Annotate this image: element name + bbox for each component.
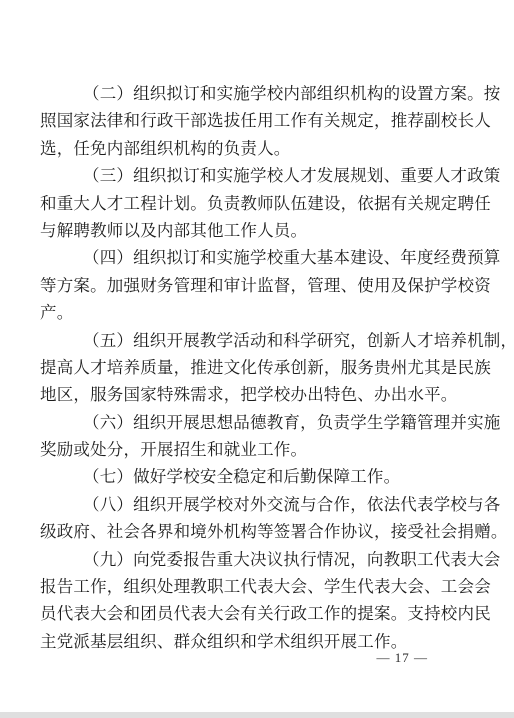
text-line: （七）做好学校安全稳定和后勤保障工作。	[40, 463, 476, 490]
text-line: 地区，服务国家特殊需求，把学校办出特色、办出水平。	[40, 381, 476, 408]
scan-edge-strip	[0, 712, 514, 718]
text-line: （五）组织开展教学活动和科学研究，创新人才培养机制，	[40, 327, 476, 354]
text-line: （八）组织开展学校对外交流与合作，依法代表学校与各	[40, 491, 476, 518]
text-line: 等方案。加强财务管理和审计监督，管理、使用及保护学校资	[40, 272, 476, 299]
text-line: 奖励或处分，开展招生和就业工作。	[40, 436, 476, 463]
text-line: 级政府、社会各界和境外机构等签署合作协议，接受社会捐赠。	[40, 518, 476, 545]
text-line: 报告工作，组织处理教职工代表大会、学生代表大会、工会会	[40, 573, 476, 600]
text-line: 提高人才培养质量，推进文化传承创新，服务贵州尤其是民族	[40, 354, 476, 381]
document-body: （二）组织拟订和实施学校内部组织机构的设置方案。按照国家法律和行政干部选拔任用工…	[40, 80, 476, 655]
page-number: — 17 —	[377, 650, 429, 666]
text-line: 员代表大会和团员代表大会有关行政工作的提案。支持校内民	[40, 600, 476, 627]
document-page: （二）组织拟订和实施学校内部组织机构的设置方案。按照国家法律和行政干部选拔任用工…	[0, 0, 514, 718]
text-line: （九）向党委报告重大决议执行情况，向教职工代表大会	[40, 546, 476, 573]
text-line: 照国家法律和行政干部选拔任用工作有关规定，推荐副校长人	[40, 107, 476, 134]
text-line: （四）组织拟订和实施学校重大基本建设、年度经费预算	[40, 244, 476, 271]
text-line: 选，任免内部组织机构的负责人。	[40, 135, 476, 162]
text-line: 和重大人才工程计划。负责教师队伍建设，依据有关规定聘任	[40, 190, 476, 217]
text-line: （二）组织拟订和实施学校内部组织机构的设置方案。按	[40, 80, 476, 107]
text-line: 与解聘教师以及内部其他工作人员。	[40, 217, 476, 244]
text-line: （六）组织开展思想品德教育，负责学生学籍管理并实施	[40, 409, 476, 436]
text-line: 产。	[40, 299, 476, 326]
text-line: （三）组织拟订和实施学校人才发展规划、重要人才政策	[40, 162, 476, 189]
